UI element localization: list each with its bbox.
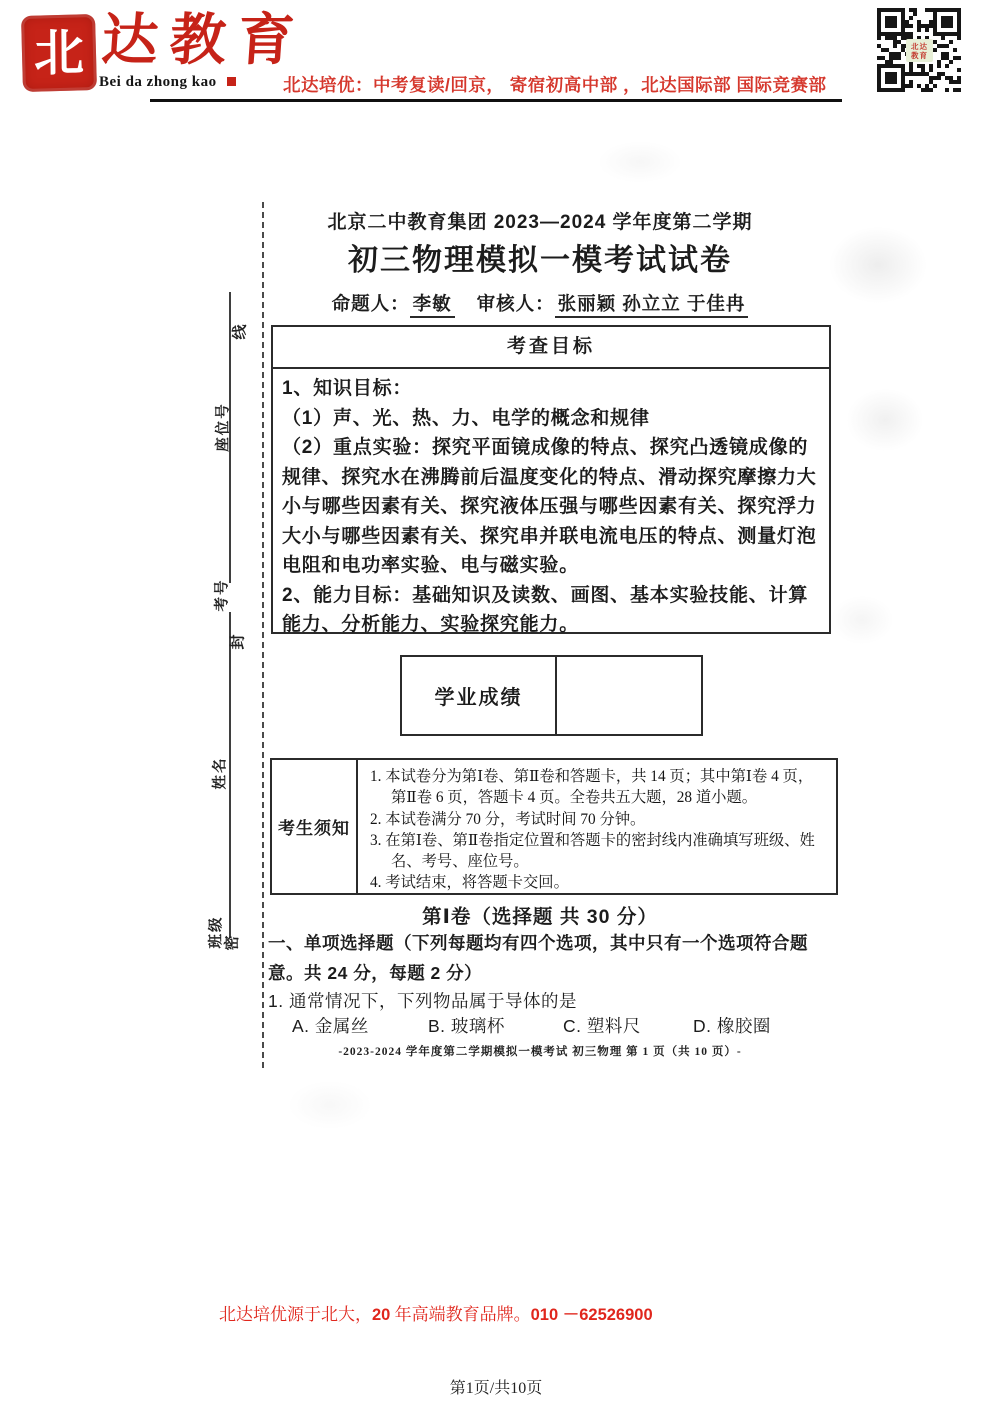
exam-authors-line: 命题人：李敏审核人：张丽颖 孙立立 于佳冉 bbox=[250, 290, 830, 316]
brand-tagline: 北达培优：中考复读/回京， 寄宿初高中部 ，北达国际部 国际竞赛部 bbox=[283, 72, 826, 97]
header-divider bbox=[150, 99, 842, 102]
notice-item-2: 2. 本试卷满分 70 分，考试时间 70 分钟。 bbox=[370, 809, 828, 830]
notice-box: 考生须知 1. 本试卷分为第Ⅰ卷、第Ⅱ卷和答题卡，共 14 页；其中第Ⅰ卷 4 … bbox=[270, 758, 838, 895]
score-box: 学业成绩 bbox=[400, 655, 703, 736]
reviewer-label: 审核人： bbox=[477, 293, 555, 314]
notice-item-4: 4. 考试结束，将答题卡交回。 bbox=[370, 872, 828, 893]
notice-item-1: 1. 本试卷分为第Ⅰ卷、第Ⅱ卷和答题卡，共 14 页；其中第Ⅰ卷 4 页，第Ⅱ卷… bbox=[370, 766, 828, 809]
question-1-option-a: A. 金属丝 bbox=[292, 1013, 369, 1038]
objectives-header: 考查目标 bbox=[273, 327, 829, 369]
qr-badge-line2: 教育 bbox=[911, 51, 928, 60]
qr-center-badge: 北达 教育 bbox=[906, 39, 933, 62]
qr-badge-line1: 北达 bbox=[911, 42, 928, 51]
question-1-option-d: D. 橡胶圈 bbox=[693, 1013, 771, 1038]
seal-dashed-line bbox=[262, 202, 264, 1068]
brand-subtitle: Bei da zhong kao bbox=[99, 74, 236, 91]
brand-wordmark: 达教育 bbox=[100, 6, 309, 74]
brand-footer-line: 北达培优源于北大，20 年高端教育品牌。010 －62526900 bbox=[219, 1300, 653, 1325]
objectives-para-4: 2、能力目标：基础知识及读数、画图、基本实验技能、计算能力、分析能力、实验探究能… bbox=[282, 581, 820, 640]
question-1-option-b: B. 玻璃杯 bbox=[428, 1013, 505, 1038]
question-1-option-c: C. 塑料尺 bbox=[563, 1013, 641, 1038]
brand-footer-phone: 010 －62526900 bbox=[531, 1306, 653, 1324]
exam-school-line: 北京二中教育集团 2023—2024 学年度第二学期 bbox=[250, 207, 830, 234]
page-canvas: 北 达教育 Bei da zhong kao 北达培优：中考复读/回京， 寄宿初… bbox=[0, 0, 992, 1403]
margin-label-name: 姓名 bbox=[209, 757, 230, 790]
brand-subtitle-text: Bei da zhong kao bbox=[99, 74, 217, 90]
page-number-footer: 第1页/共10页 bbox=[0, 1375, 992, 1398]
section1-intro-lead: 一、单项选择题 bbox=[268, 933, 394, 953]
seal-character: 北 bbox=[34, 28, 84, 78]
section1-intro: 一、单项选择题（下列每题均有四个选项，其中只有一个选项符合题意。共 24 分，每… bbox=[268, 928, 842, 988]
section1-heading: 第Ⅰ卷（选择题 共 30 分） bbox=[250, 901, 830, 929]
notice-label: 考生须知 bbox=[272, 760, 358, 893]
brand-footer-text-1: 北达培优源于北大， bbox=[219, 1305, 372, 1324]
red-square-icon bbox=[227, 77, 236, 86]
margin-label-class: 班级 bbox=[205, 916, 226, 949]
seal-char-xian: 线 bbox=[229, 324, 250, 339]
question-1: 1. 通常情况下，下列物品属于导体的是 bbox=[268, 988, 577, 1013]
objectives-para-3: （2）重点实验：探究平面镜成像的特点、探究凸透镜成像的规律、探究水在沸腾前后温度… bbox=[282, 433, 820, 581]
objectives-para-2: （1）声、光、热、力、电学的概念和规律 bbox=[282, 404, 820, 434]
objectives-box: 考查目标 1、知识目标： （1）声、光、热、力、电学的概念和规律 （2）重点实验… bbox=[271, 325, 831, 634]
scan-page-footer: -2023-2024 学年度第二学期模拟一模考试 初三物理 第 1 页（共 10… bbox=[250, 1043, 830, 1059]
brand-footer-years: 20 bbox=[372, 1306, 390, 1324]
objectives-body: 1、知识目标： （1）声、光、热、力、电学的概念和规律 （2）重点实验：探究平面… bbox=[273, 369, 829, 645]
seal-char-feng: 封 bbox=[227, 634, 248, 649]
notice-items: 1. 本试卷分为第Ⅰ卷、第Ⅱ卷和答题卡，共 14 页；其中第Ⅰ卷 4 页，第Ⅱ卷… bbox=[358, 760, 836, 893]
brand-seal-logo: 北 bbox=[21, 14, 97, 92]
exam-title: 初三物理模拟一模考试试卷 bbox=[250, 235, 830, 279]
objectives-para-1: 1、知识目标： bbox=[282, 374, 820, 404]
score-box-blank-cell bbox=[557, 657, 701, 734]
brand-footer-text-2: 年高端教育品牌。 bbox=[390, 1305, 530, 1324]
setter-label: 命题人： bbox=[332, 293, 410, 314]
qr-code: 北达 教育 bbox=[877, 8, 961, 92]
setter-name: 李敏 bbox=[410, 293, 455, 318]
score-box-label: 学业成绩 bbox=[402, 657, 557, 734]
margin-label-exam-number: 考号 bbox=[211, 579, 232, 612]
notice-item-3: 3. 在第Ⅰ卷、第Ⅱ卷指定位置和答题卡的密封线内准确填写班级、姓名、考号、座位号… bbox=[370, 830, 828, 873]
reviewer-names: 张丽颖 孙立立 于佳冉 bbox=[555, 293, 749, 318]
margin-label-seat-number: 座位号 bbox=[212, 402, 233, 452]
